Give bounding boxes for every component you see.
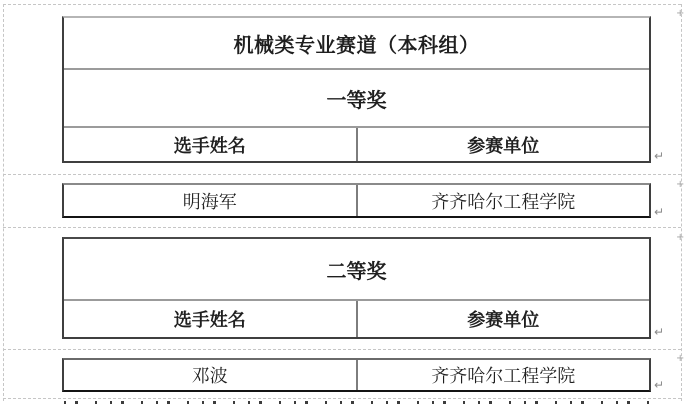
second-prize-label: 二等奖 — [327, 255, 387, 284]
anchor-mark-icon: + — [676, 233, 686, 243]
table-title-cell[interactable]: 机械类专业赛道（本科组） — [64, 18, 649, 68]
winner-name-cell[interactable]: 邓波 — [64, 360, 356, 390]
text-boundary-line — [3, 4, 4, 401]
anchor-mark-icon: + — [676, 354, 686, 364]
paragraph-mark-icon: ↵ — [654, 326, 668, 338]
paragraph-mark-icon: ↵ — [654, 150, 668, 162]
header-unit-label: 参赛单位 — [467, 306, 539, 332]
second-prize-winner-table: 邓波 齐齐哈尔工程学院 — [62, 358, 651, 392]
header-cell-unit[interactable]: 参赛单位 — [356, 301, 650, 337]
winner-unit: 齐齐哈尔工程学院 — [431, 188, 575, 214]
winner-name: 明海军 — [183, 188, 237, 214]
paragraph-mark-icon: ↵ — [654, 379, 668, 391]
document-page: 机械类专业赛道（本科组） 一等奖 选手姓名 参赛单位 明海军 齐齐哈尔工程学院 — [0, 0, 687, 404]
anchor-mark-icon: + — [676, 9, 686, 19]
text-boundary-line — [3, 174, 681, 175]
first-prize-label: 一等奖 — [327, 84, 387, 113]
first-prize-header-table: 机械类专业赛道（本科组） 一等奖 选手姓名 参赛单位 — [62, 16, 651, 163]
winner-unit: 齐齐哈尔工程学院 — [431, 362, 575, 388]
paragraph-mark-icon: ↵ — [654, 206, 668, 218]
column-header-row: 选手姓名 参赛单位 — [64, 126, 649, 161]
table-row: 邓波 齐齐哈尔工程学院 — [64, 360, 649, 390]
second-prize-header-table: 二等奖 选手姓名 参赛单位 — [62, 237, 651, 339]
winner-name-cell[interactable]: 明海军 — [64, 185, 356, 216]
first-prize-winner-table: 明海军 齐齐哈尔工程学院 — [62, 183, 651, 218]
column-header-row: 选手姓名 参赛单位 — [64, 299, 649, 337]
header-cell-unit[interactable]: 参赛单位 — [356, 128, 650, 161]
header-name-label: 选手姓名 — [174, 132, 246, 158]
header-cell-name[interactable]: 选手姓名 — [64, 128, 356, 161]
header-unit-label: 参赛单位 — [467, 132, 539, 158]
header-cell-name[interactable]: 选手姓名 — [64, 301, 356, 337]
table-row: 明海军 齐齐哈尔工程学院 — [64, 185, 649, 216]
prize-level-cell[interactable]: 一等奖 — [64, 68, 649, 126]
prize-level-cell[interactable]: 二等奖 — [64, 239, 649, 299]
header-name-label: 选手姓名 — [174, 306, 246, 332]
text-boundary-line — [3, 4, 681, 5]
winner-unit-cell[interactable]: 齐齐哈尔工程学院 — [356, 360, 650, 390]
text-boundary-line — [681, 4, 682, 401]
track-title: 机械类专业赛道（本科组） — [234, 29, 480, 58]
text-boundary-line — [3, 349, 681, 350]
anchor-mark-icon: + — [676, 180, 686, 190]
text-boundary-line — [3, 398, 681, 399]
winner-unit-cell[interactable]: 齐齐哈尔工程学院 — [356, 185, 650, 216]
winner-name: 邓波 — [192, 362, 228, 388]
text-boundary-line — [3, 227, 681, 228]
